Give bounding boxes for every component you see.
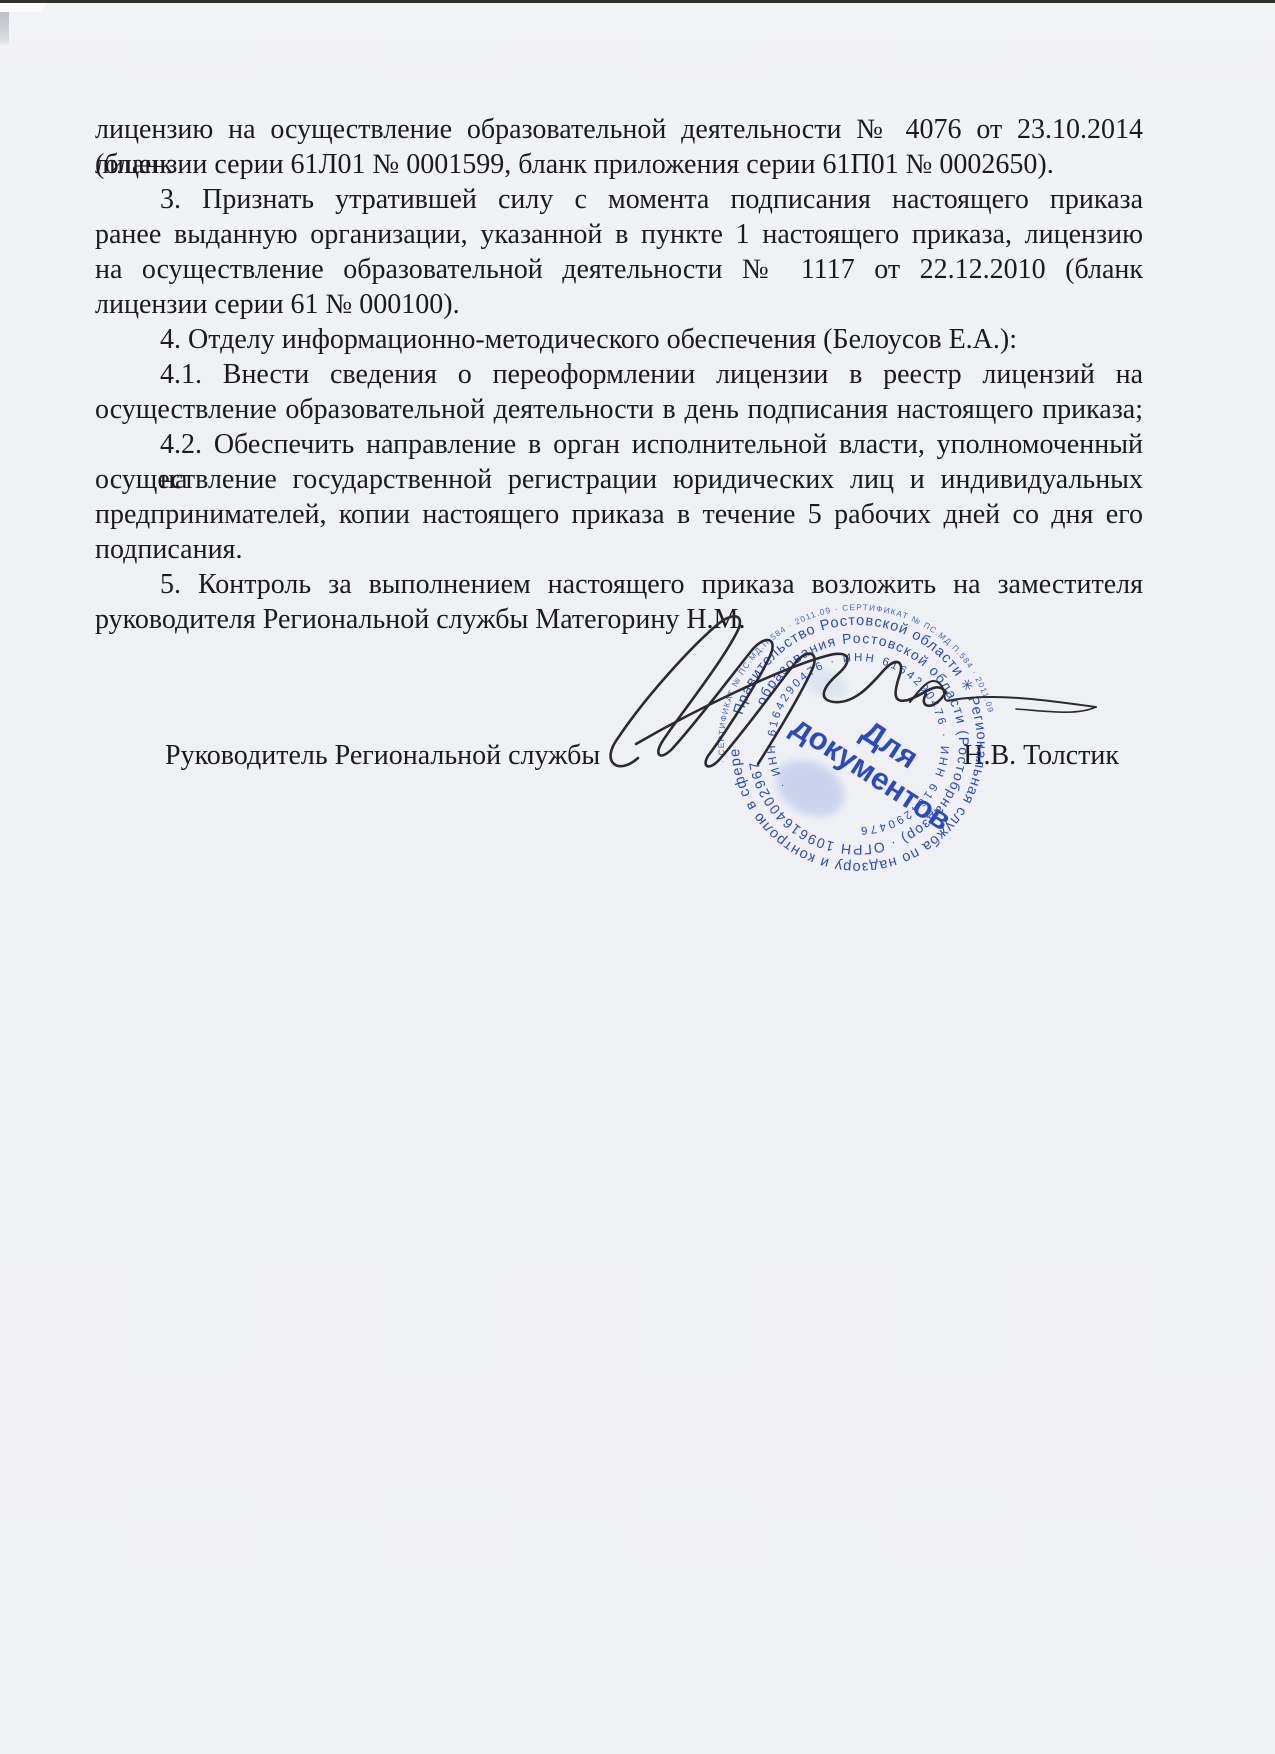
text-line: 3. Признать утратившей силу с момента по…	[95, 182, 1143, 217]
text-line: 4.1. Внести сведения о переоформлении ли…	[95, 357, 1143, 392]
text-line: подписания.	[95, 532, 1143, 567]
scanner-edge	[0, 0, 1275, 3]
text-line: 4.2. Обеспечить направление в орган испо…	[95, 427, 1143, 462]
page-corner-highlight	[0, 3, 46, 12]
text-line: лицензии серии 61Л01 № 0001599, бланк пр…	[95, 147, 1143, 182]
text-line: 4. Отделу информационно-методического об…	[95, 322, 1143, 357]
text-line: осуществление образовательной деятельнос…	[95, 392, 1143, 427]
signature-strokes	[611, 616, 1096, 766]
text-line: ранее выданную организации, указанной в …	[95, 217, 1143, 252]
text-line: предпринимателей, копии настоящего прика…	[95, 497, 1143, 532]
text-line: на осуществление образовательной деятель…	[95, 252, 1143, 287]
document-body: лицензию на осуществление образовательно…	[95, 112, 1143, 637]
text-line: лицензию на осуществление образовательно…	[95, 112, 1143, 147]
signer-role: Руководитель Региональной службы	[95, 738, 600, 773]
text-line: осуществление государственной регистраци…	[95, 462, 1143, 497]
text-line: лицензии серии 61 № 000100).	[95, 287, 1143, 322]
handwritten-signature	[580, 580, 1120, 810]
